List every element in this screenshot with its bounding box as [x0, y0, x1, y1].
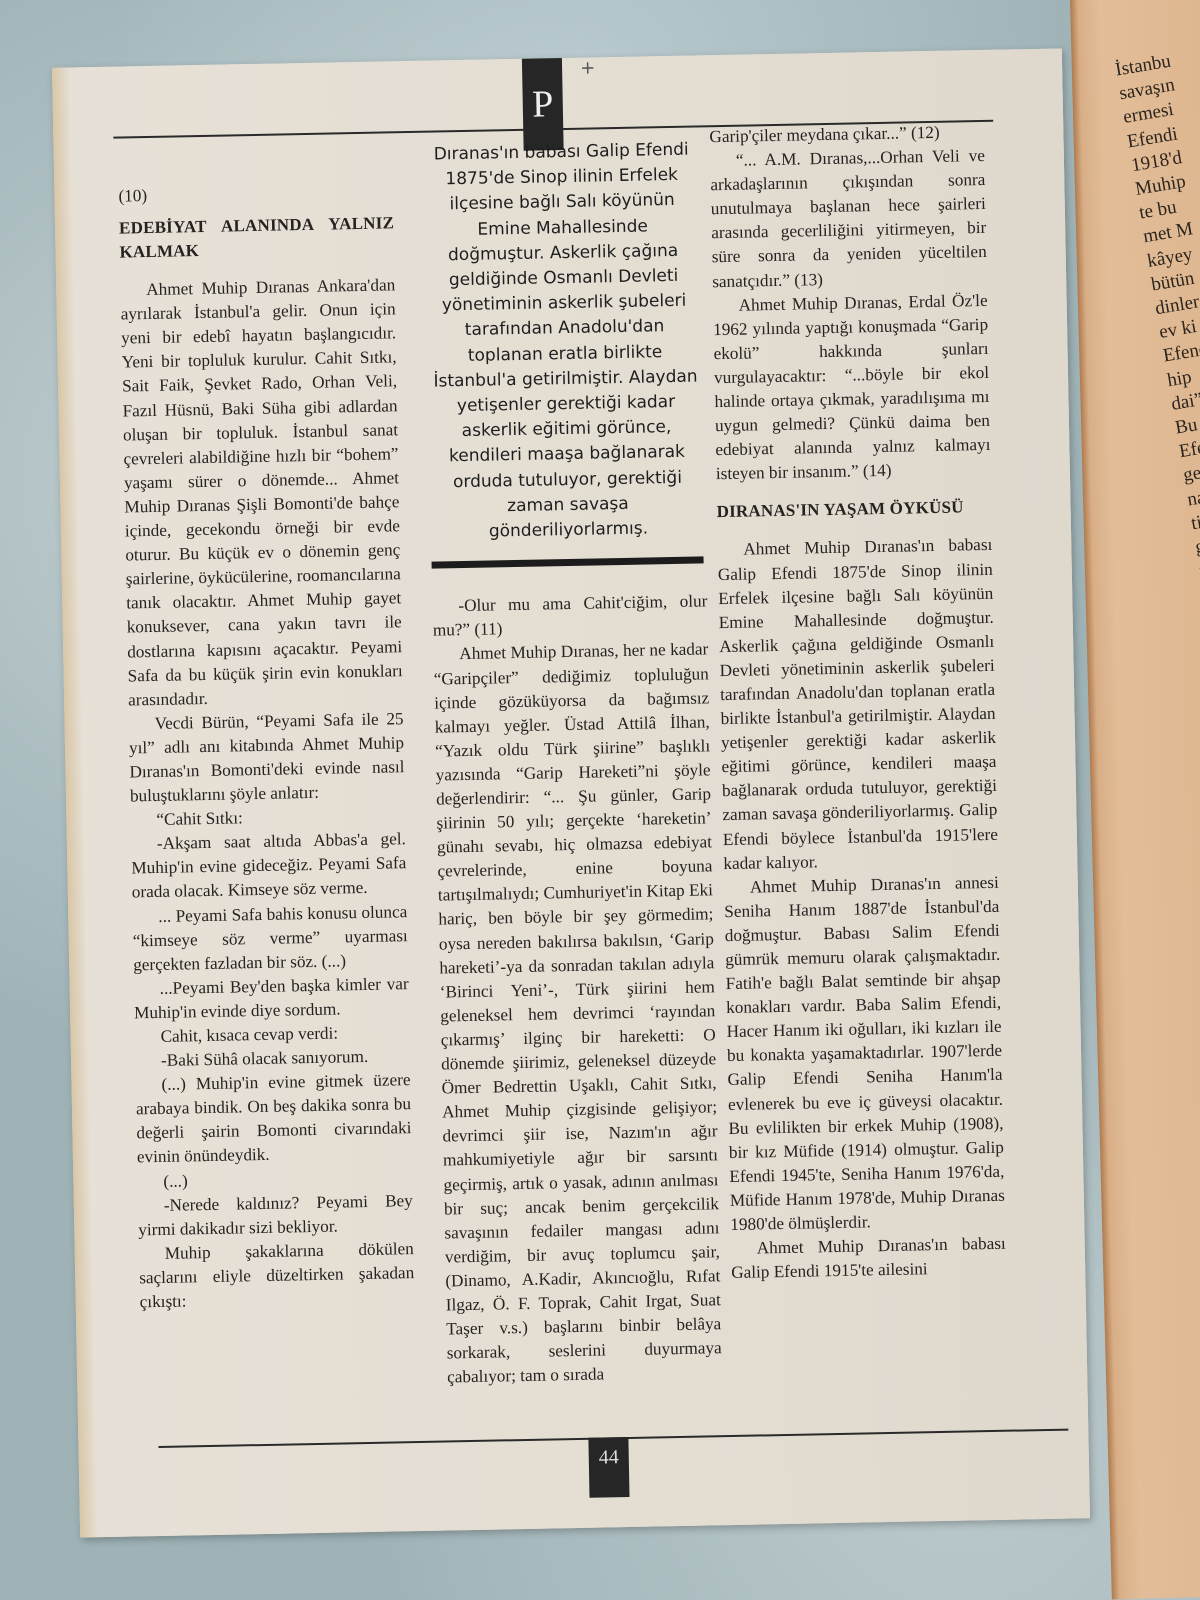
- column-1: (10) EDEBİYAT ALANINDA YALNIZ KALMAK Ahm…: [118, 179, 415, 1314]
- paragraph: -Akşam saat altıda Abbas'a gel. Muhip'in…: [131, 827, 407, 905]
- pull-quote-rule: [432, 557, 704, 569]
- paragraph: ... Peyami Safa bahis konusu olunca “kim…: [132, 900, 408, 978]
- paragraph: Vecdi Bürün, “Peyami Safa ile 25 yıl” ad…: [128, 707, 405, 809]
- facing-page-text: İstanbu savaşın ermesi Efendi 1918'd Muh…: [1114, 36, 1200, 966]
- handwritten-mark: +: [580, 57, 595, 78]
- pull-quote: Dıranas'ın babası Galip Efendi 1875'de S…: [423, 137, 706, 545]
- paragraph: Ahmet Muhip Dıranas, her ne kadar “Garip…: [433, 638, 722, 1390]
- footnote-ref: (10): [118, 179, 393, 208]
- column-2: Dıranas'ın babası Galip Efendi 1875'de S…: [423, 137, 722, 1389]
- paragraph: Ahmet Muhip Dıranas'ın annesi Seniha Han…: [724, 871, 1006, 1238]
- paragraph: Ahmet Muhip Dıranas, Erdal Öz'le 1962 yı…: [712, 289, 991, 487]
- paragraph: (...) Muhip'in evine gitmek üzere arabay…: [135, 1068, 412, 1170]
- paragraph: Ahmet Muhip Dıranas'ın babası Galip Efen…: [717, 533, 998, 876]
- section-letter-block: P: [522, 58, 564, 151]
- section-heading: EDEBİYAT ALANINDA YALNIZ KALMAK: [119, 211, 395, 264]
- facing-page: İstanbu savaşın ermesi Efendi 1918'd Muh…: [1070, 0, 1200, 1599]
- paragraph: -Nerede kaldınız? Peyami Bey yirmi dakik…: [138, 1189, 414, 1242]
- page-number-block: 44: [588, 1437, 629, 1498]
- magazine-page: P + (10) EDEBİYAT ALANINDA YALNIZ KALMAK…: [52, 48, 1090, 1537]
- paragraph: ...Peyami Bey'den başka kimler var Muhip…: [133, 972, 409, 1025]
- paragraph: Ahmet Muhip Dıranas Ankara'dan ayrılarak…: [120, 273, 403, 712]
- section-heading: DIRANAS'IN YAŞAM ÖYKÜSÜ: [716, 495, 991, 524]
- paragraph: -Olur mu ama Cahit'ciğim, olur mu?” (11): [432, 590, 708, 643]
- paragraph: Muhip şakaklarına dökülen saçlarını eliy…: [139, 1237, 415, 1315]
- paragraph: “... A.M. Dıranas,...Orhan Veli ve arkad…: [710, 144, 988, 294]
- column-3: Garip'çiler meydana çıkar...” (12) “... …: [709, 120, 1006, 1285]
- page-number: 44: [599, 1446, 619, 1468]
- section-letter: P: [532, 83, 554, 125]
- paragraph: Ahmet Muhip Dıranas'ın babası Galip Efen…: [731, 1232, 1007, 1285]
